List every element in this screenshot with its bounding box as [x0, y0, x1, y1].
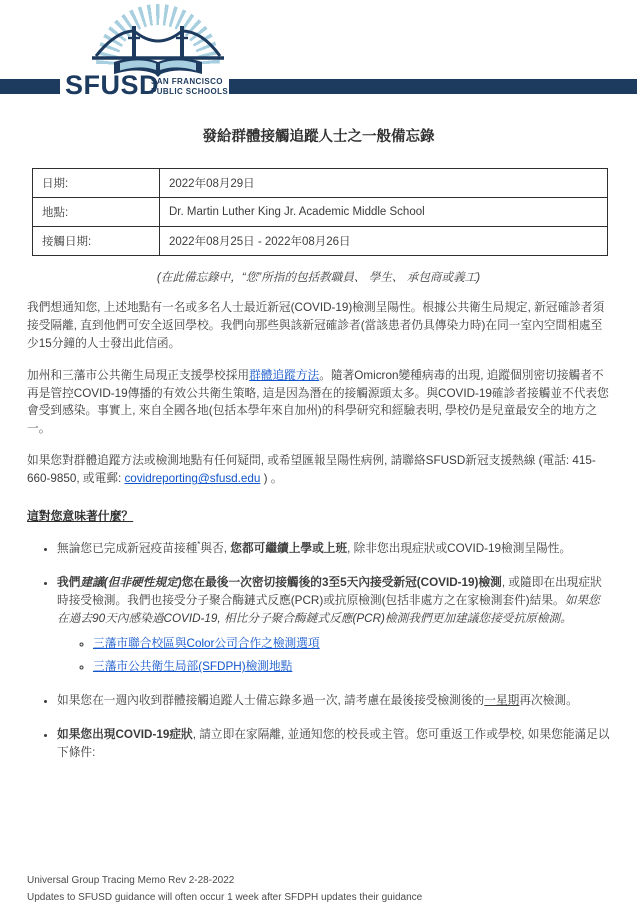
b2-text-bold-pre: 我們 [57, 576, 80, 589]
group-tracing-link[interactable]: 群體追蹤方法 [249, 369, 319, 382]
definition-note: (在此備忘錄中，“您”所指的包括教職員、 學生、 承包商或義工) [27, 269, 610, 285]
list-item-continue-school: 無論您已完成新冠疫苗接種*與否, 您都可繼續上學或上班, 除非您出現症狀或COV… [57, 539, 610, 558]
b1-text-mid: 與否, [200, 542, 230, 555]
sfusd-wordmark: SFUSD [65, 72, 159, 99]
footer-guidance-line: Updates to SFUSD guidance will often occ… [27, 889, 422, 906]
paragraph-group-tracing: 加州和三藩市公共衛生局現正支援學校採用群體追蹤方法。隨著Omicron變種病毒的… [27, 367, 610, 439]
b1-text-pre: 無論您已完成新冠疫苗接種 [57, 542, 197, 555]
page-title: 發給群體接觸追蹤人士之一般備忘錄 [0, 125, 637, 146]
paragraph-contact-info: 如果您對群體追蹤方法或檢測地點有任何疑問, 或希望匯報呈陽性病例, 請聯絡SFU… [27, 452, 610, 488]
color-testing-link[interactable]: 三藩市聯合校區與Color公司合作之檢測選項 [93, 637, 320, 650]
exposure-dates-value-cell: 2022年08月25日 - 2022年08月26日 [160, 227, 608, 256]
paragraph-notification: 我們想通知您, 上述地點有一名或多名人士最近新冠(COVID-19)檢測呈陽性。… [27, 299, 610, 353]
b4-text-bold: 如果您出現COVID-19症狀 [57, 728, 193, 741]
b3-text-post: 再次檢測。 [519, 694, 577, 707]
header-bar-right [229, 79, 637, 94]
sfusd-logo [82, 4, 234, 80]
p2-text-pre: 加州和三藩市公共衛生局現正支援學校採用 [27, 369, 249, 382]
bridge-book-icon [82, 4, 234, 80]
exposure-dates-label-cell: 接觸日期: [33, 227, 160, 256]
list-item-symptoms: 如果您出現COVID-19症狀, 請立即在家隔離, 並通知您的校長或主管。您可重… [57, 726, 610, 762]
header-bar-left [0, 79, 60, 94]
list-item-repeat-memo: 如果您在一週內收到群體接觸追蹤人士備忘錄多過一次, 請考慮在最後接受檢測後的一星… [57, 692, 610, 710]
b3-text-underlined: 一星期 [484, 694, 519, 707]
b2-text-bold-rest: 您在最後一次密切接觸後的3至5天內接受新冠(COVID-19)檢測 [182, 576, 502, 589]
date-label-cell: 日期: [33, 169, 160, 198]
sfdph-testing-link[interactable]: 三藩市公共衛生局部(SFDPH)檢測地點 [93, 660, 292, 673]
org-name-line2: PUBLIC SCHOOLS [151, 87, 228, 97]
b2-text-bold-italic: 建議(但非硬性規定) [80, 576, 181, 589]
date-value-cell: 2022年08月29日 [160, 169, 608, 198]
section-heading: 這對您意味著什麼？ [27, 507, 610, 524]
org-name-line1: SAN FRANCISCO [151, 77, 228, 87]
list-item-testing-recommendation: 我們建議(但非硬性規定)您在最後一次密切接觸後的3至5天內接受新冠(COVID-… [57, 574, 610, 676]
footer-revision-line: Universal Group Tracing Memo Rev 2-28-20… [27, 872, 422, 889]
guidance-list: 無論您已完成新冠疫苗接種*與否, 您都可繼續上學或上班, 除非您出現症狀或COV… [27, 539, 610, 762]
p3-text-pre: 如果您對群體追蹤方法或檢測地點有任何疑問, 或希望匯報呈陽性病例, 請聯絡SFU… [27, 454, 596, 485]
table-row-location: 地點: Dr. Martin Luther King Jr. Academic … [33, 198, 608, 227]
p3-text-post: ) 。 [260, 472, 282, 485]
memo-info-table: 日期: 2022年08月29日 地點: Dr. Martin Luther Ki… [32, 168, 608, 256]
list-item-sfdph-testing: 三藩市公共衛生局部(SFDPH)檢測地點 [93, 658, 610, 676]
table-row-date: 日期: 2022年08月29日 [33, 169, 608, 198]
org-name: SAN FRANCISCO PUBLIC SCHOOLS [151, 77, 228, 97]
location-value-cell: Dr. Martin Luther King Jr. Academic Midd… [160, 198, 608, 227]
covid-reporting-email-link[interactable]: covidreporting@sfusd.edu [124, 472, 260, 485]
memo-document: SFUSD SAN FRANCISCO PUBLIC SCHOOLS 發給群體接… [0, 0, 637, 920]
list-item-color-testing: 三藩市聯合校區與Color公司合作之檢測選項 [93, 635, 610, 653]
footer: Universal Group Tracing Memo Rev 2-28-20… [27, 872, 422, 906]
header: SFUSD SAN FRANCISCO PUBLIC SCHOOLS [0, 0, 637, 102]
testing-links-list: 三藩市聯合校區與Color公司合作之檢測選項 三藩市公共衛生局部(SFDPH)檢… [57, 635, 610, 676]
document-body: 日期: 2022年08月29日 地點: Dr. Martin Luther Ki… [0, 168, 637, 762]
b3-text-pre: 如果您在一週內收到群體接觸追蹤人士備忘錄多過一次, 請考慮在最後接受檢測後的 [57, 694, 484, 707]
table-row-exposure-dates: 接觸日期: 2022年08月25日 - 2022年08月26日 [33, 227, 608, 256]
b1-text-post: , 除非您出現症狀或COVID-19檢測呈陽性。 [347, 542, 571, 555]
location-label-cell: 地點: [33, 198, 160, 227]
b1-text-bold: 您都可繼續上學或上班 [230, 542, 347, 555]
